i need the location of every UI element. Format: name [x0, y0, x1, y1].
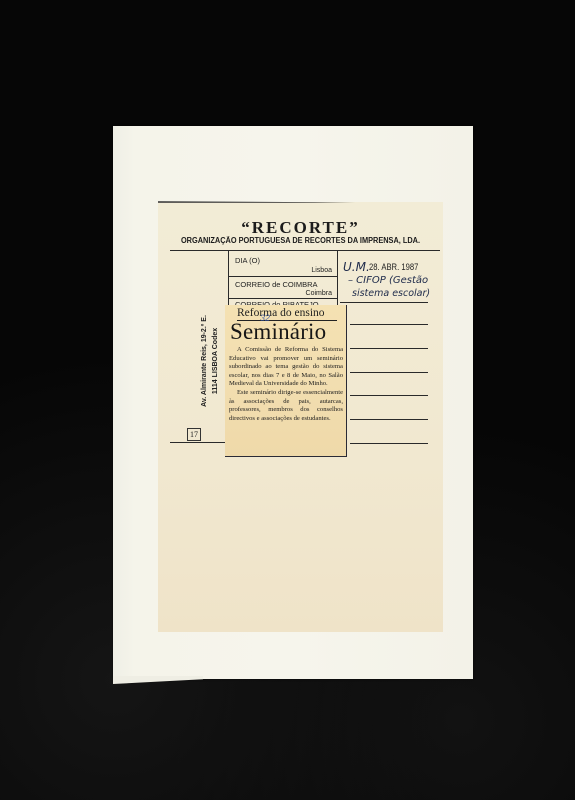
clipping-headline: Seminário	[230, 319, 326, 345]
handwritten-note-line: sistema escolar)	[352, 288, 430, 299]
form-row-rule	[350, 419, 428, 420]
brand-title: “RECORTE”	[158, 218, 443, 238]
newspaper-clipping: Reforma do ensino Seminário A Comissão d…	[225, 305, 347, 457]
form-right-divider	[337, 250, 338, 305]
form-row-rule	[350, 372, 428, 373]
handwritten-note-line: – CIFOP (Gestão	[348, 275, 428, 286]
form-row-rule	[350, 348, 428, 349]
form-top-rule	[170, 250, 440, 251]
form-row-rule	[350, 324, 428, 325]
form-row-rule	[228, 276, 337, 277]
publication-city: Coimbra	[290, 290, 332, 297]
form-row-rule	[340, 302, 428, 303]
pen-scribble-mark: 32	[260, 313, 270, 323]
clipping-paragraph: Este seminário dirige-se essencialmente …	[229, 389, 343, 423]
agency-address: Av. Almirante Reis, 19-2.º E. 1114 LISBO…	[199, 301, 221, 421]
publication-city: Lisboa	[290, 267, 332, 274]
page-number-box: 17	[187, 428, 201, 441]
clipping-body: A Comissão de Reforma do Sistema Educati…	[229, 346, 343, 423]
brand-subtitle: ORGANIZAÇÃO PORTUGUESA DE RECORTES DA IM…	[169, 236, 431, 245]
form-bottom-rule	[350, 443, 428, 444]
publication-name: CORREIO de COIMBRA	[235, 280, 318, 289]
handwritten-initials: U.M.	[343, 260, 370, 274]
clipping-paragraph: A Comissão de Reforma do Sistema Educati…	[229, 346, 343, 389]
address-line: 1114 LISBOA Codex	[210, 301, 221, 421]
stamp-date: 28. ABR. 1987	[369, 262, 418, 272]
form-row-rule	[350, 395, 428, 396]
address-line: Av. Almirante Reis, 19-2.º E.	[199, 301, 210, 421]
publication-name: DIA (O)	[235, 256, 260, 265]
form-row-rule	[228, 298, 337, 299]
form-bottom-rule	[170, 442, 230, 443]
